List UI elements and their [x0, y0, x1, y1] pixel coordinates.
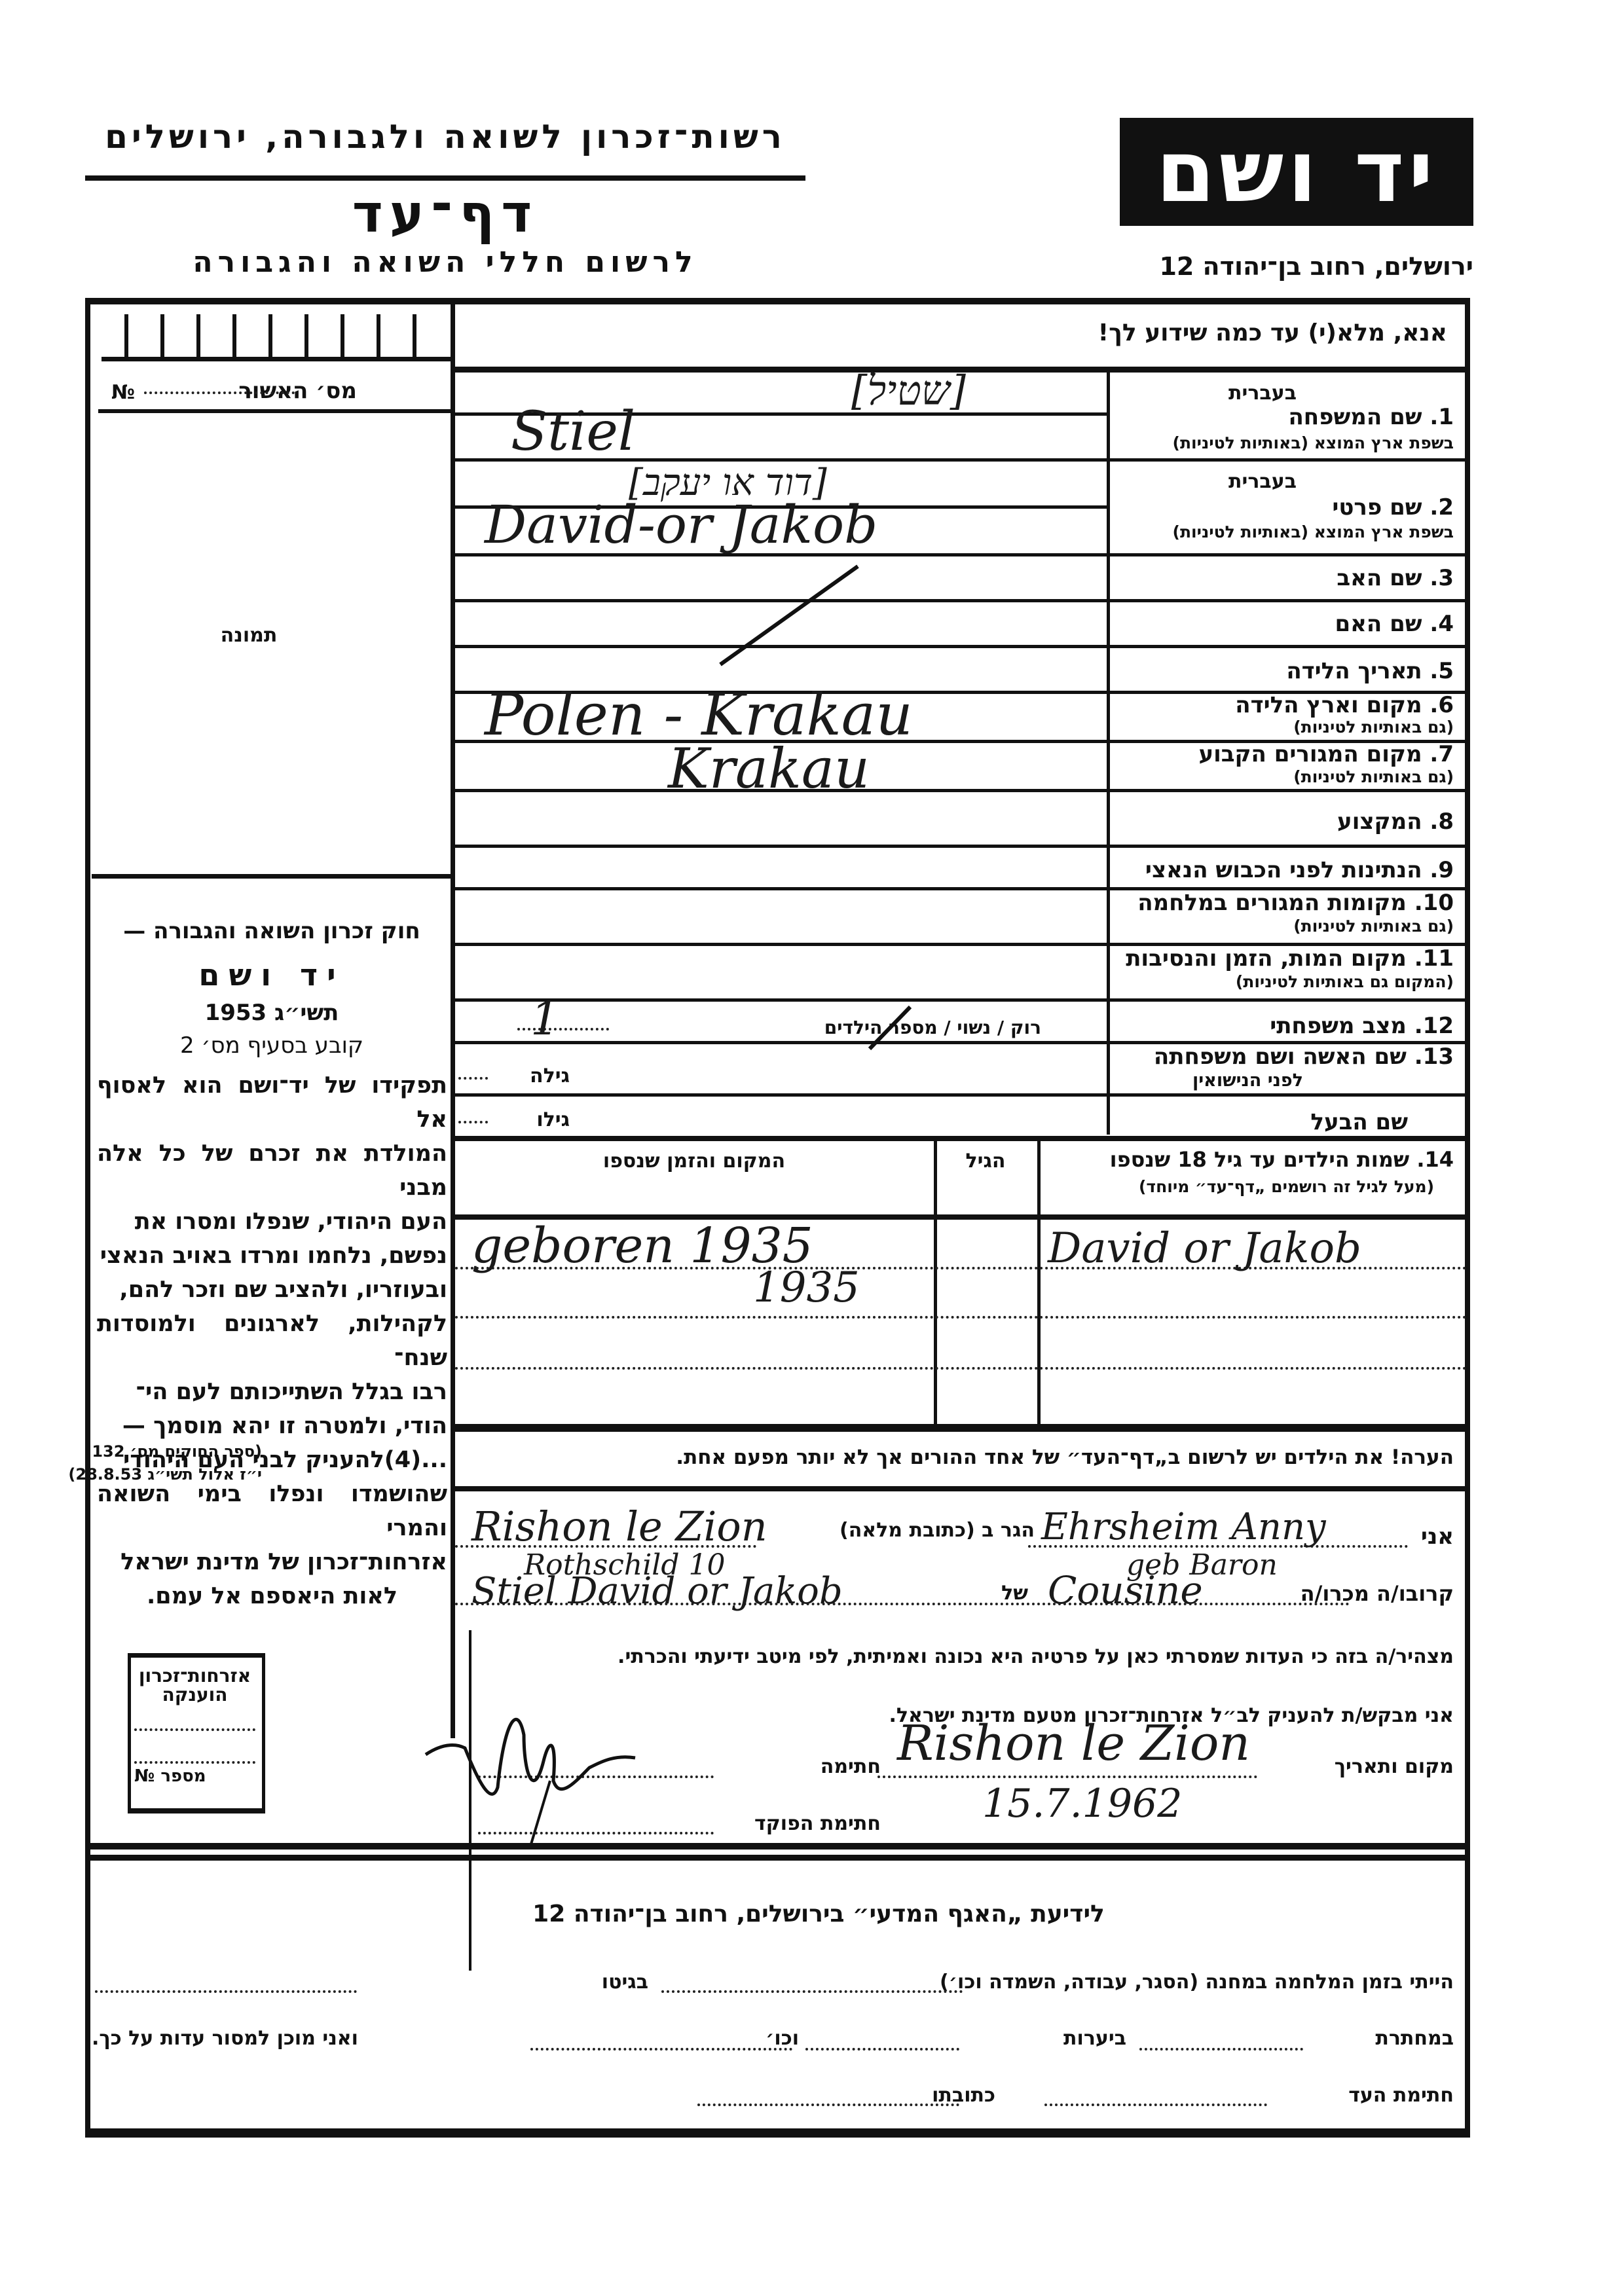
law-line: נפשם, נלחמו ומרדו באויב הנאצי [97, 1239, 447, 1273]
relative-label: קרובו/ה מכרו/ה [1301, 1583, 1454, 1605]
divider [455, 645, 1467, 648]
field-6-sublabel: (גם באותיות לטיניות) [1293, 719, 1454, 736]
date-value[interactable]: 15.7.1962 [982, 1781, 1182, 1827]
footer-etc-field[interactable] [530, 2048, 792, 2050]
footer-ghetto-label: בגיטו [602, 1972, 648, 1993]
field-number: 12. [1414, 1013, 1454, 1039]
divider [455, 998, 1467, 1002]
field-label-text: מקום וארץ הלידה [1235, 692, 1422, 718]
official-signature-line[interactable] [478, 1832, 714, 1834]
note: הערה! את הילדים יש לרשום ב„דף־העד״ של אח… [458, 1447, 1454, 1468]
field-number: 1. [1430, 404, 1454, 430]
divider [101, 357, 455, 361]
citizenship-sep-line [134, 1761, 255, 1764]
page-subtitle: לרשום חללי השואה והגבורה [151, 246, 740, 279]
field-number: 2. [1430, 494, 1454, 520]
field-4-label: 4. שם האם [1335, 613, 1454, 636]
citizenship-box-title: אזרחות־זכרון הוענקה [131, 1666, 259, 1705]
tick [377, 314, 380, 357]
field-2-label: 2. שם פרטי [1332, 496, 1454, 520]
children-col-age: הגיל [936, 1151, 1035, 1172]
approval-number-prefix: № [111, 381, 135, 404]
field-label-text: הנתינות לפני הכבוש הנאצי [1145, 857, 1422, 883]
field-label-text: שם האב [1337, 565, 1422, 591]
field-label-text: מקומות המגורים במלחמה [1137, 890, 1407, 916]
divider [92, 874, 452, 879]
field-2-hebrew-hint: בעברית [1166, 471, 1297, 492]
law-line: המולדת את זכרם של כל אלה מבני [97, 1137, 447, 1205]
field-number: 10. [1414, 890, 1454, 916]
tick [341, 314, 344, 357]
field-label-text: שם המשפחה [1288, 404, 1422, 430]
child-1-name[interactable]: David or Jakob [1048, 1224, 1361, 1273]
yad-vashem-logo: יד ושם [1120, 118, 1473, 226]
field-2-value-latin[interactable]: David-or Jakob [485, 494, 877, 555]
footer-title: לידיעת „האגף המדעי״ בירושלים, רחוב בן־יה… [458, 1902, 1179, 1927]
field-7-value[interactable]: Krakau [668, 737, 870, 801]
law-year: תשי״ג 1953 [98, 1002, 445, 1025]
field-1-label: 1. שם המשפחה [1288, 406, 1454, 429]
children-col-place: המקום והזמן שנספו [458, 1151, 930, 1172]
law-line: הודי, ולמטרה זו יהא מוסמך — [97, 1409, 447, 1443]
field-13-sublabel: לפני הנישואין [1192, 1072, 1303, 1090]
place-date-line [877, 1776, 1257, 1778]
declarant-resides-label: הגר ב (כתובת מלאה) [840, 1520, 1035, 1541]
divider [455, 1486, 1467, 1491]
tick [196, 314, 200, 357]
field-number: 7. [1430, 741, 1454, 767]
field-11-sublabel: (המקום גם באותיות לטיניות) [1236, 974, 1454, 991]
declarant-address[interactable]: Rishon le Zion [471, 1503, 767, 1550]
field-label-text: שם האשה ושם משפחתה [1154, 1044, 1407, 1070]
field-number: 3. [1430, 565, 1454, 591]
field-1-sublabel: בשפת ארץ המוצא (באותיות לטיניות) [1173, 435, 1454, 452]
divider [98, 409, 452, 413]
citizenship-box-number: מספר № [134, 1768, 255, 1785]
law-name: יד ושם [98, 959, 445, 991]
field-number: 4. [1430, 611, 1454, 637]
footer-willing-text: ואני מוכן למסור עדות על כך. [92, 2028, 358, 2049]
approval-number-field[interactable] [144, 392, 295, 394]
marital-status-options: רוק / נשוי / מספר הילדים [824, 1018, 1041, 1037]
field-9-label: 9. הנתינות לפני הכבוש הנאצי [1145, 859, 1454, 883]
field-1-hebrew-hint: בעברית [1166, 383, 1297, 404]
header-rule [85, 175, 805, 181]
tick [232, 314, 236, 357]
row-line [455, 1367, 1467, 1370]
law-line: אזרחות־זכרון של מדינת ישראל [97, 1545, 447, 1579]
child-row-2[interactable] [458, 1271, 1467, 1313]
field-10-label: 10. מקומות המגורים במלחמה [1137, 892, 1454, 915]
divider [455, 599, 1467, 602]
field-label-text: שם האם [1335, 611, 1422, 637]
field-1-value-hebrew[interactable]: [שטיל] [851, 367, 966, 415]
page-title: דף־עד [85, 183, 805, 244]
footer-witness-signature-field[interactable] [1044, 2104, 1267, 2106]
law-line: ובעוזריו, ולהציב שם וזכר להם, [97, 1273, 447, 1307]
footer-forests-label: ביערות [1063, 2028, 1126, 2049]
field-label-text: מקום המות, הזמן והנסיבות [1126, 945, 1407, 972]
divider [455, 789, 1467, 792]
field-number: 9. [1430, 857, 1454, 883]
child-row-3[interactable] [458, 1321, 1467, 1364]
field-label-text: תאריך הלידה [1286, 658, 1422, 684]
children-label: 14. שמות הילדים עד גיל 18 שנספו [1110, 1149, 1454, 1171]
footer-witness-signature-label: חתימת העד [1348, 2085, 1454, 2106]
field-label-text: שמות הילדים עד גיל 18 שנספו [1110, 1147, 1410, 1172]
husband-name-field[interactable] [498, 1099, 1100, 1135]
signature-label: חתימה [821, 1757, 881, 1777]
photo-area[interactable] [98, 419, 445, 871]
field-1-value-latin[interactable]: Stiel [511, 401, 635, 463]
field-number: 8. [1430, 809, 1454, 835]
field-10-value[interactable] [458, 892, 1103, 941]
husband-age-field[interactable] [458, 1121, 488, 1123]
field-number: 13. [1414, 1044, 1454, 1070]
place-value[interactable]: Rishon le Zion [897, 1715, 1250, 1772]
footer-forests-field[interactable] [805, 2048, 959, 2050]
law-line: העם היהודי, שנפלו ומסרו את [97, 1205, 447, 1239]
official-signature-label: חתימת הפוקד [754, 1813, 881, 1834]
field-7-sublabel: (גם באותיות לטיניות) [1293, 769, 1454, 786]
child-1-age[interactable] [938, 1221, 1036, 1264]
wife-name-field[interactable] [498, 1046, 1100, 1091]
field-10-sublabel: (גם באותיות לטיניות) [1293, 918, 1454, 935]
footer-etc-label: וכו׳ [766, 2028, 799, 2049]
field-label-text: שם פרטי [1332, 494, 1422, 520]
children-count-value[interactable]: 1 [530, 992, 560, 1046]
field-number: 11. [1414, 945, 1454, 972]
law-line: לקהילות, לארגונים ולמוסדות שנח־ [97, 1307, 447, 1375]
law-title: חוק זכרון השואה והגבורה — [98, 920, 445, 943]
organization-name: רשות־זכרון לשואה ולגבורה, ירושלים [85, 118, 805, 156]
field-2-sublabel: בשפת ארץ המוצא (באותיות לטיניות) [1173, 524, 1454, 541]
footer-address-field[interactable] [697, 2104, 959, 2106]
label-divider [1107, 372, 1110, 1135]
field-12-label: 12. מצב משפחתי [1270, 1015, 1454, 1038]
law-citation: (ספר החוקים מס׳ 132 [92, 1444, 262, 1460]
tick [304, 314, 308, 357]
divider [90, 1855, 1466, 1861]
footer-address-label: כתובתו [932, 2085, 995, 2106]
law-section: קובע בסעיף מס׳ 2 [98, 1034, 445, 1058]
tick [413, 314, 416, 357]
declarant-name[interactable]: Ehrsheim Anny [1041, 1506, 1326, 1548]
law-line: תפקידו של יד־ושם הוא לאסוף אל [97, 1068, 447, 1137]
field-3-label: 3. שם האב [1337, 567, 1454, 591]
tick [268, 314, 272, 357]
field-label-text: מצב משפחתי [1270, 1013, 1407, 1039]
row-line [455, 1316, 1467, 1319]
wife-age-field[interactable] [458, 1077, 488, 1080]
field-13-label: 13. שם האשה ושם משפחתה [1154, 1046, 1454, 1069]
field-8-value[interactable] [458, 793, 1103, 843]
footer-underground-label: במחתרת [1375, 2028, 1454, 2049]
field-9-value[interactable] [458, 849, 1103, 885]
field-11-value[interactable] [458, 947, 1103, 996]
field-label-text: מקום המגורים הקבוע [1198, 741, 1422, 767]
footer-ghetto-field[interactable] [95, 1990, 357, 1993]
field-number: 14. [1416, 1147, 1454, 1172]
of-name-value[interactable]: Stiel David or Jakob [471, 1570, 843, 1613]
children-sublabel: (מעל לגיל זה רושמים „דף־עד״ מיוחד) [1139, 1178, 1434, 1195]
tick [160, 314, 164, 357]
declarant-ani-label: אני [1421, 1525, 1454, 1549]
divider [455, 845, 1467, 848]
law-line: לאות היאספם אל עמם. [97, 1579, 447, 1613]
field-6-label: 6. מקום וארץ הלידה [1235, 694, 1454, 718]
law-text: תפקידו של יד־ושם הוא לאסוף אל המולדת את … [97, 1068, 447, 1613]
place-date-label: מקום ותאריך [1335, 1757, 1454, 1777]
signature-image[interactable] [419, 1683, 668, 1853]
footer-underground-field[interactable] [1139, 2048, 1303, 2050]
of-label: של [1001, 1583, 1028, 1604]
law-line: שהושמדו ונפלו בימי השואה והמרי [97, 1477, 447, 1545]
field-4-value[interactable] [458, 604, 1103, 643]
field-11-label: 11. מקום המות, הזמן והנסיבות [1126, 947, 1454, 971]
divider [455, 1424, 1467, 1432]
divider [90, 1843, 1466, 1850]
sidebar-divider [451, 304, 455, 1738]
tick [124, 314, 128, 357]
relation-value[interactable]: Cousine [1048, 1568, 1203, 1613]
citizenship-date-line[interactable] [134, 1728, 255, 1731]
law-line: רבו בגלל השתייכותם לעם הי־ [97, 1375, 447, 1409]
declaration-text: מצהיר/ה בזה כי העדות שמסרתי כאן על פרטיה… [471, 1647, 1454, 1667]
field-label-text: המקצוע [1337, 809, 1422, 835]
field-8-label: 8. המקצוע [1337, 811, 1454, 834]
footer-camp-label: הייתי בזמן המלחמה במחנה (הסגר, עבודה, הש… [940, 1972, 1454, 1993]
law-citation: י״ז אלול תשי״ג 28.8.53) [68, 1467, 262, 1483]
divider [455, 1136, 1467, 1141]
field-7-label: 7. מקום המגורים הקבוע [1198, 743, 1454, 767]
organization-address: ירושלים, רחוב בן־יהודה 12 [1133, 252, 1473, 281]
field-5-label: 5. תאריך הלידה [1286, 660, 1454, 683]
field-number: 6. [1430, 692, 1454, 718]
field-number: 5. [1430, 658, 1454, 684]
instructions: אנא, מלא(י) עד כמה שידוע לך! [1098, 321, 1447, 346]
divider [455, 1093, 1467, 1097]
husband-name-label: שם הבעל [1310, 1111, 1408, 1135]
footer-camp-field[interactable] [661, 1990, 963, 1993]
